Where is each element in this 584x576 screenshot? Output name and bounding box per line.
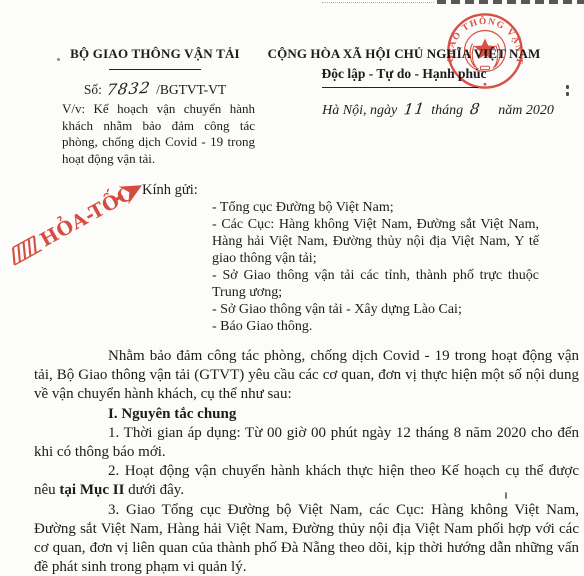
date-prefix: Hà Nội, ngày	[322, 103, 397, 118]
body-item-3: 3. Giao Tổng cục Đường bộ Việt Nam, các …	[34, 501, 579, 576]
date-month-handwritten: 8	[469, 100, 482, 119]
recipient-list: - Tổng cục Đường bộ Việt Nam; - Các Cục:…	[212, 199, 539, 335]
seal-star-icon	[474, 39, 496, 60]
ministry-round-seal: GIAO THÔNG VẬN TẢI	[445, 11, 525, 91]
salutation: Kính gửi:	[142, 182, 198, 199]
issuing-org-name: BỘ GIAO THÔNG VẬN TẢI	[30, 46, 280, 62]
seal-bottom-dot	[484, 83, 487, 86]
date-year: năm 2020	[498, 103, 554, 118]
item2-bold-ref: tại Mục II	[59, 482, 124, 498]
document-body: Nhằm bảo đảm công tác phòng, chống dịch …	[34, 347, 579, 576]
arrow-fletching	[7, 236, 42, 265]
place-and-date: Hà Nội, ngày 11 tháng 8 năm 2020	[310, 100, 566, 119]
seal-cog	[481, 66, 490, 69]
scan-artifact-dotted-line	[322, 2, 434, 3]
recipient-item: - Các Cục: Hàng không Việt Nam, Đường sắ…	[212, 216, 539, 267]
hoa-toc-express-stamp: HỎA-TỐC	[0, 174, 152, 272]
body-intro: Nhằm bảo đảm công tác phòng, chống dịch …	[34, 347, 579, 405]
item2-post: dưới đây.	[124, 482, 184, 498]
recipient-item: - Tổng cục Đường bộ Việt Nam;	[212, 199, 539, 216]
body-item-2: 2. Hoạt động vận chuyển hành khách thực …	[34, 462, 579, 500]
doc-number-label: Số:	[84, 82, 102, 97]
seal-ring-text: GIAO THÔNG VẬN TẢI	[445, 11, 524, 66]
org-name-underline	[109, 69, 201, 70]
recipient-item: - Báo Giao thông.	[212, 318, 539, 335]
recipient-item: - Sở Giao thông vận tải các tỉnh, thành …	[212, 267, 539, 301]
body-item-1: 1. Thời gian áp dụng: Từ 00 giờ 00 phút …	[34, 424, 579, 462]
scan-artifact-dark-dashes	[437, 0, 584, 4]
recipient-item: - Sở Giao thông vận tải - Xây dựng Lào C…	[212, 301, 539, 318]
document-number: Số: 7832 /BGTVT-VT	[30, 80, 280, 98]
section-heading: I. Nguyên tắc chung	[34, 405, 579, 424]
doc-number-suffix: /BGTVT-VT	[156, 82, 226, 97]
date-day-handwritten: 11	[403, 99, 426, 118]
scanned-official-dispatch: BỘ GIAO THÔNG VẬN TẢI Số: 7832 /BGTVT-VT…	[0, 0, 584, 576]
document-subject: V/v: Kế hoạch vận chuyển hành khách nhằm…	[62, 101, 255, 167]
hoa-toc-label: HỎA-TỐC	[35, 179, 138, 252]
date-month-label: tháng	[431, 103, 463, 118]
scan-speck	[566, 85, 569, 89]
doc-number-handwritten: 7832	[106, 79, 152, 99]
